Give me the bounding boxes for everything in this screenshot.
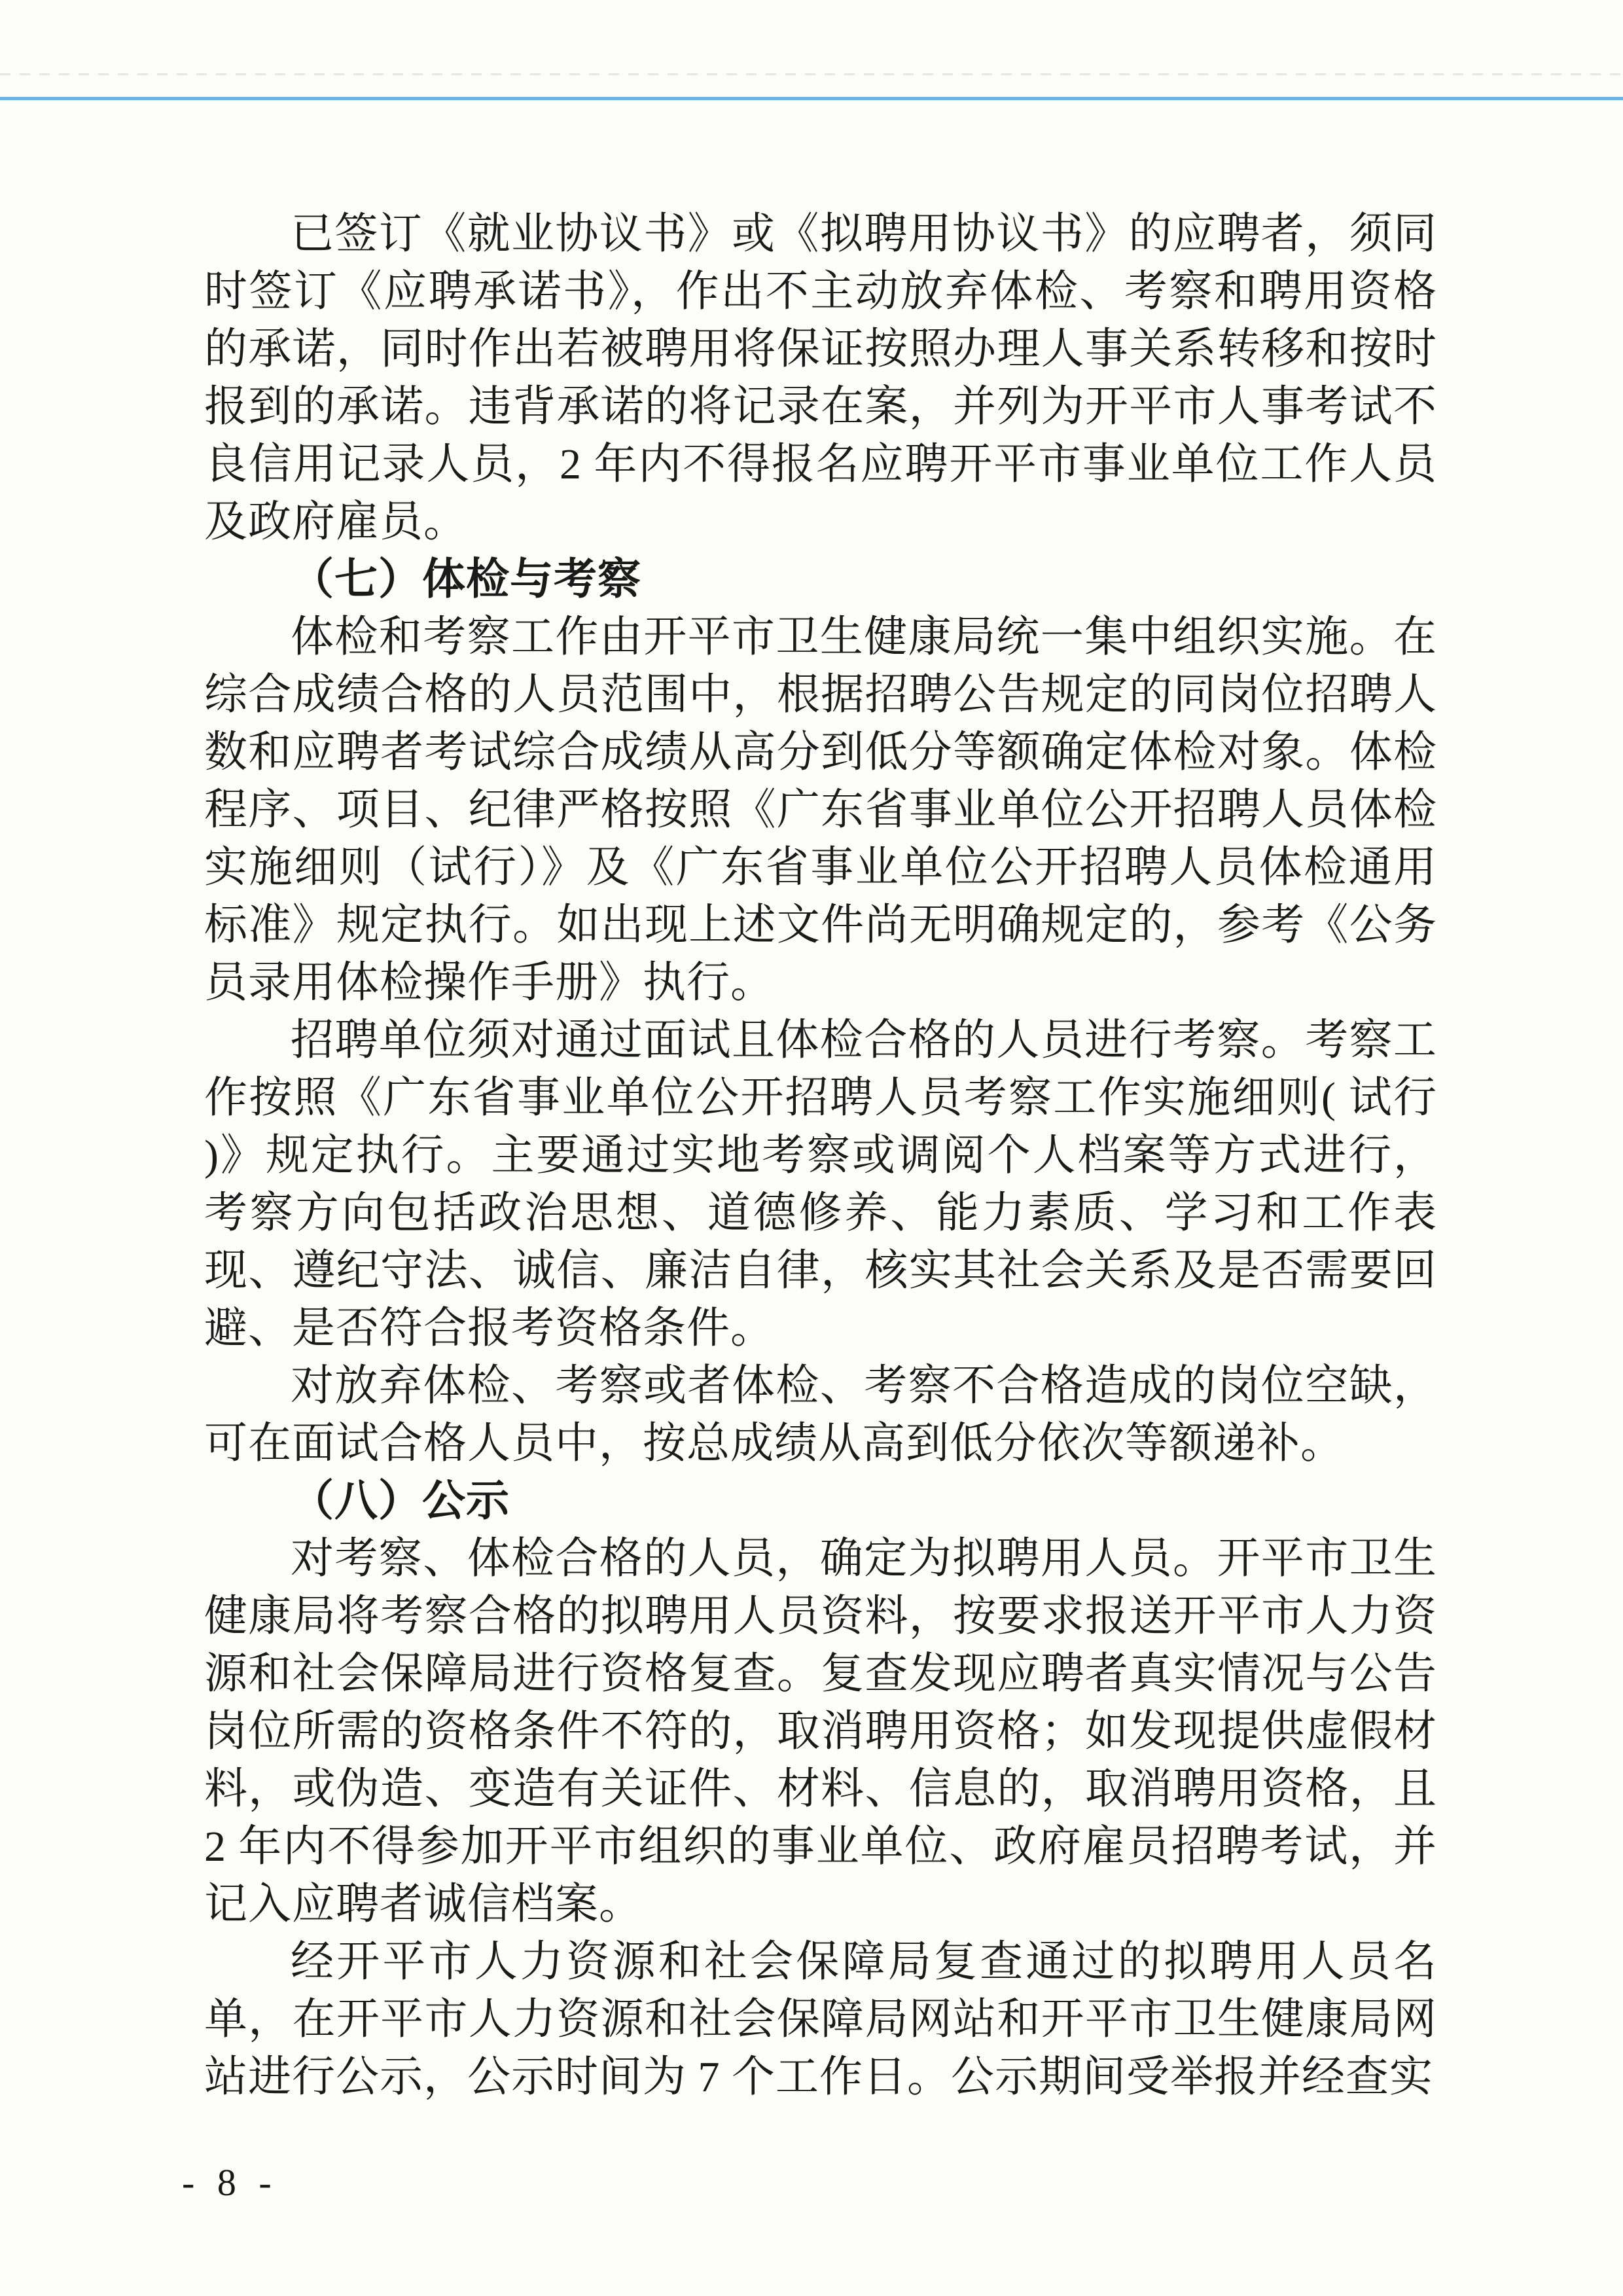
body-paragraph: 体检和考察工作由开平市卫生健康局统一集中组织实施。在综合成绩合格的人员范围中，根… — [204, 609, 1437, 1012]
body-paragraph: 对考察、体检合格的人员，确定为拟聘用人员。开平市卫生健康局将考察合格的拟聘用人员… — [204, 1530, 1437, 1933]
body-paragraph: 招聘单位须对通过面试且体检合格的人员进行考察。考察工作按照《广东省事业单位公开招… — [204, 1012, 1437, 1357]
header-blue-rule — [0, 97, 1623, 100]
document-body: 已签订《就业协议书》或《拟聘用协议书》的应聘者，须同时签订《应聘承诺书》，作出不… — [204, 206, 1437, 2106]
body-paragraph: 已签订《就业协议书》或《拟聘用协议书》的应聘者，须同时签订《应聘承诺书》，作出不… — [204, 206, 1437, 551]
document-page: 已签订《就业协议书》或《拟聘用协议书》的应聘者，须同时签订《应聘承诺书》，作出不… — [0, 0, 1623, 2296]
page-number: - 8 - — [182, 2160, 278, 2206]
section-heading: （八）公示 — [204, 1473, 1437, 1530]
section-heading: （七）体检与考察 — [204, 551, 1437, 609]
body-paragraph: 对放弃体检、考察或者体检、考察不合格造成的岗位空缺，可在面试合格人员中，按总成绩… — [204, 1357, 1437, 1473]
body-paragraph: 经开平市人力资源和社会保障局复查通过的拟聘用人员名单，在开平市人力资源和社会保障… — [204, 1933, 1437, 2106]
scan-artifact-line — [0, 73, 1623, 75]
